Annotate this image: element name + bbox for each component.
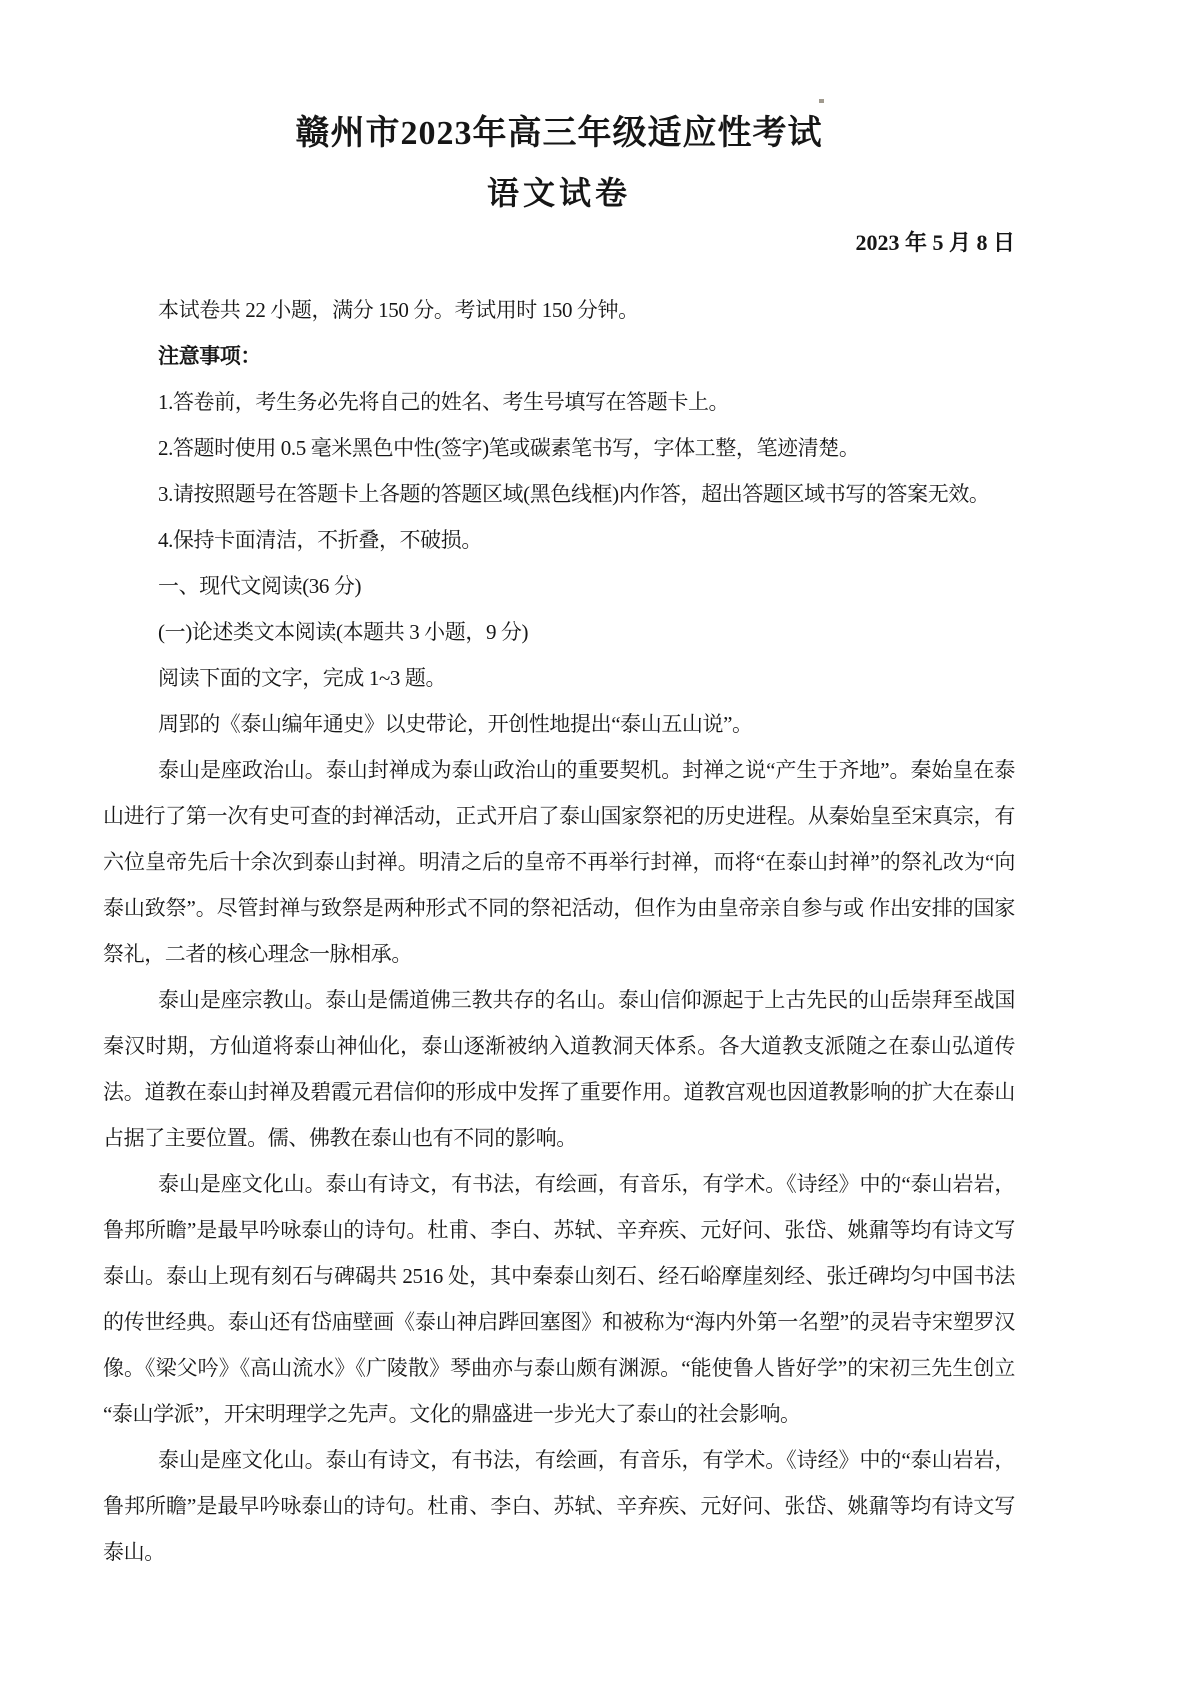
document-page: 赣州市2023年高三年级适应性考试 语文试卷 2023 年 5 月 8 日 本试… <box>0 0 1200 1698</box>
text-line: 本试卷共 22 小题，满分 150 分。考试用时 150 分钟。 <box>103 287 1015 333</box>
paragraph: 泰山是座文化山。泰山有诗文，有书法，有绘画，有音乐，有学术。《诗经》中的“泰山岩… <box>103 1161 1015 1437</box>
text-line: 一、现代文阅读(36 分) <box>103 563 1015 609</box>
page-title: 赣州市2023年高三年级适应性考试 <box>103 112 1015 156</box>
text-line: 周郢的《泰山编年通史》以史带论，开创性地提出“泰山五山说”。 <box>103 701 1015 747</box>
text-line: 注意事项： <box>103 333 1015 379</box>
scan-artifact-speck <box>819 99 824 103</box>
text-line: (一)论述类文本阅读(本题共 3 小题，9 分) <box>103 609 1015 655</box>
document-body: 本试卷共 22 小题，满分 150 分。考试用时 150 分钟。注意事项：1.答… <box>103 287 1015 1575</box>
paragraph: 泰山是座政治山。泰山封禅成为泰山政治山的重要契机。封禅之说“产生于齐地”。秦始皇… <box>103 747 1015 977</box>
text-line: 阅读下面的文字，完成 1~3 题。 <box>103 655 1015 701</box>
text-line: 3.请按照题号在答题卡上各题的答题区域(黑色线框)内作答，超出答题区域书写的答案… <box>103 471 1015 517</box>
paragraph: 泰山是座文化山。泰山有诗文，有书法，有绘画，有音乐，有学术。《诗经》中的“泰山岩… <box>103 1437 1015 1575</box>
page-subtitle: 语文试卷 <box>103 173 1015 213</box>
paragraph: 泰山是座宗教山。泰山是儒道佛三教共存的名山。泰山信仰源起于上古先民的山岳崇拜至战… <box>103 977 1015 1161</box>
text-line: 4.保持卡面清洁，不折叠，不破损。 <box>103 517 1015 563</box>
exam-date: 2023 年 5 月 8 日 <box>103 228 1015 258</box>
exam-paper-page: { "document": { "title": "赣州市2023年高三年级适应… <box>0 0 1200 1698</box>
text-line: 2.答题时使用 0.5 毫米黑色中性(签字)笔或碳素笔书写，字体工整，笔迹清楚。 <box>103 425 1015 471</box>
text-line: 1.答卷前，考生务必先将自己的姓名、考生号填写在答题卡上。 <box>103 379 1015 425</box>
